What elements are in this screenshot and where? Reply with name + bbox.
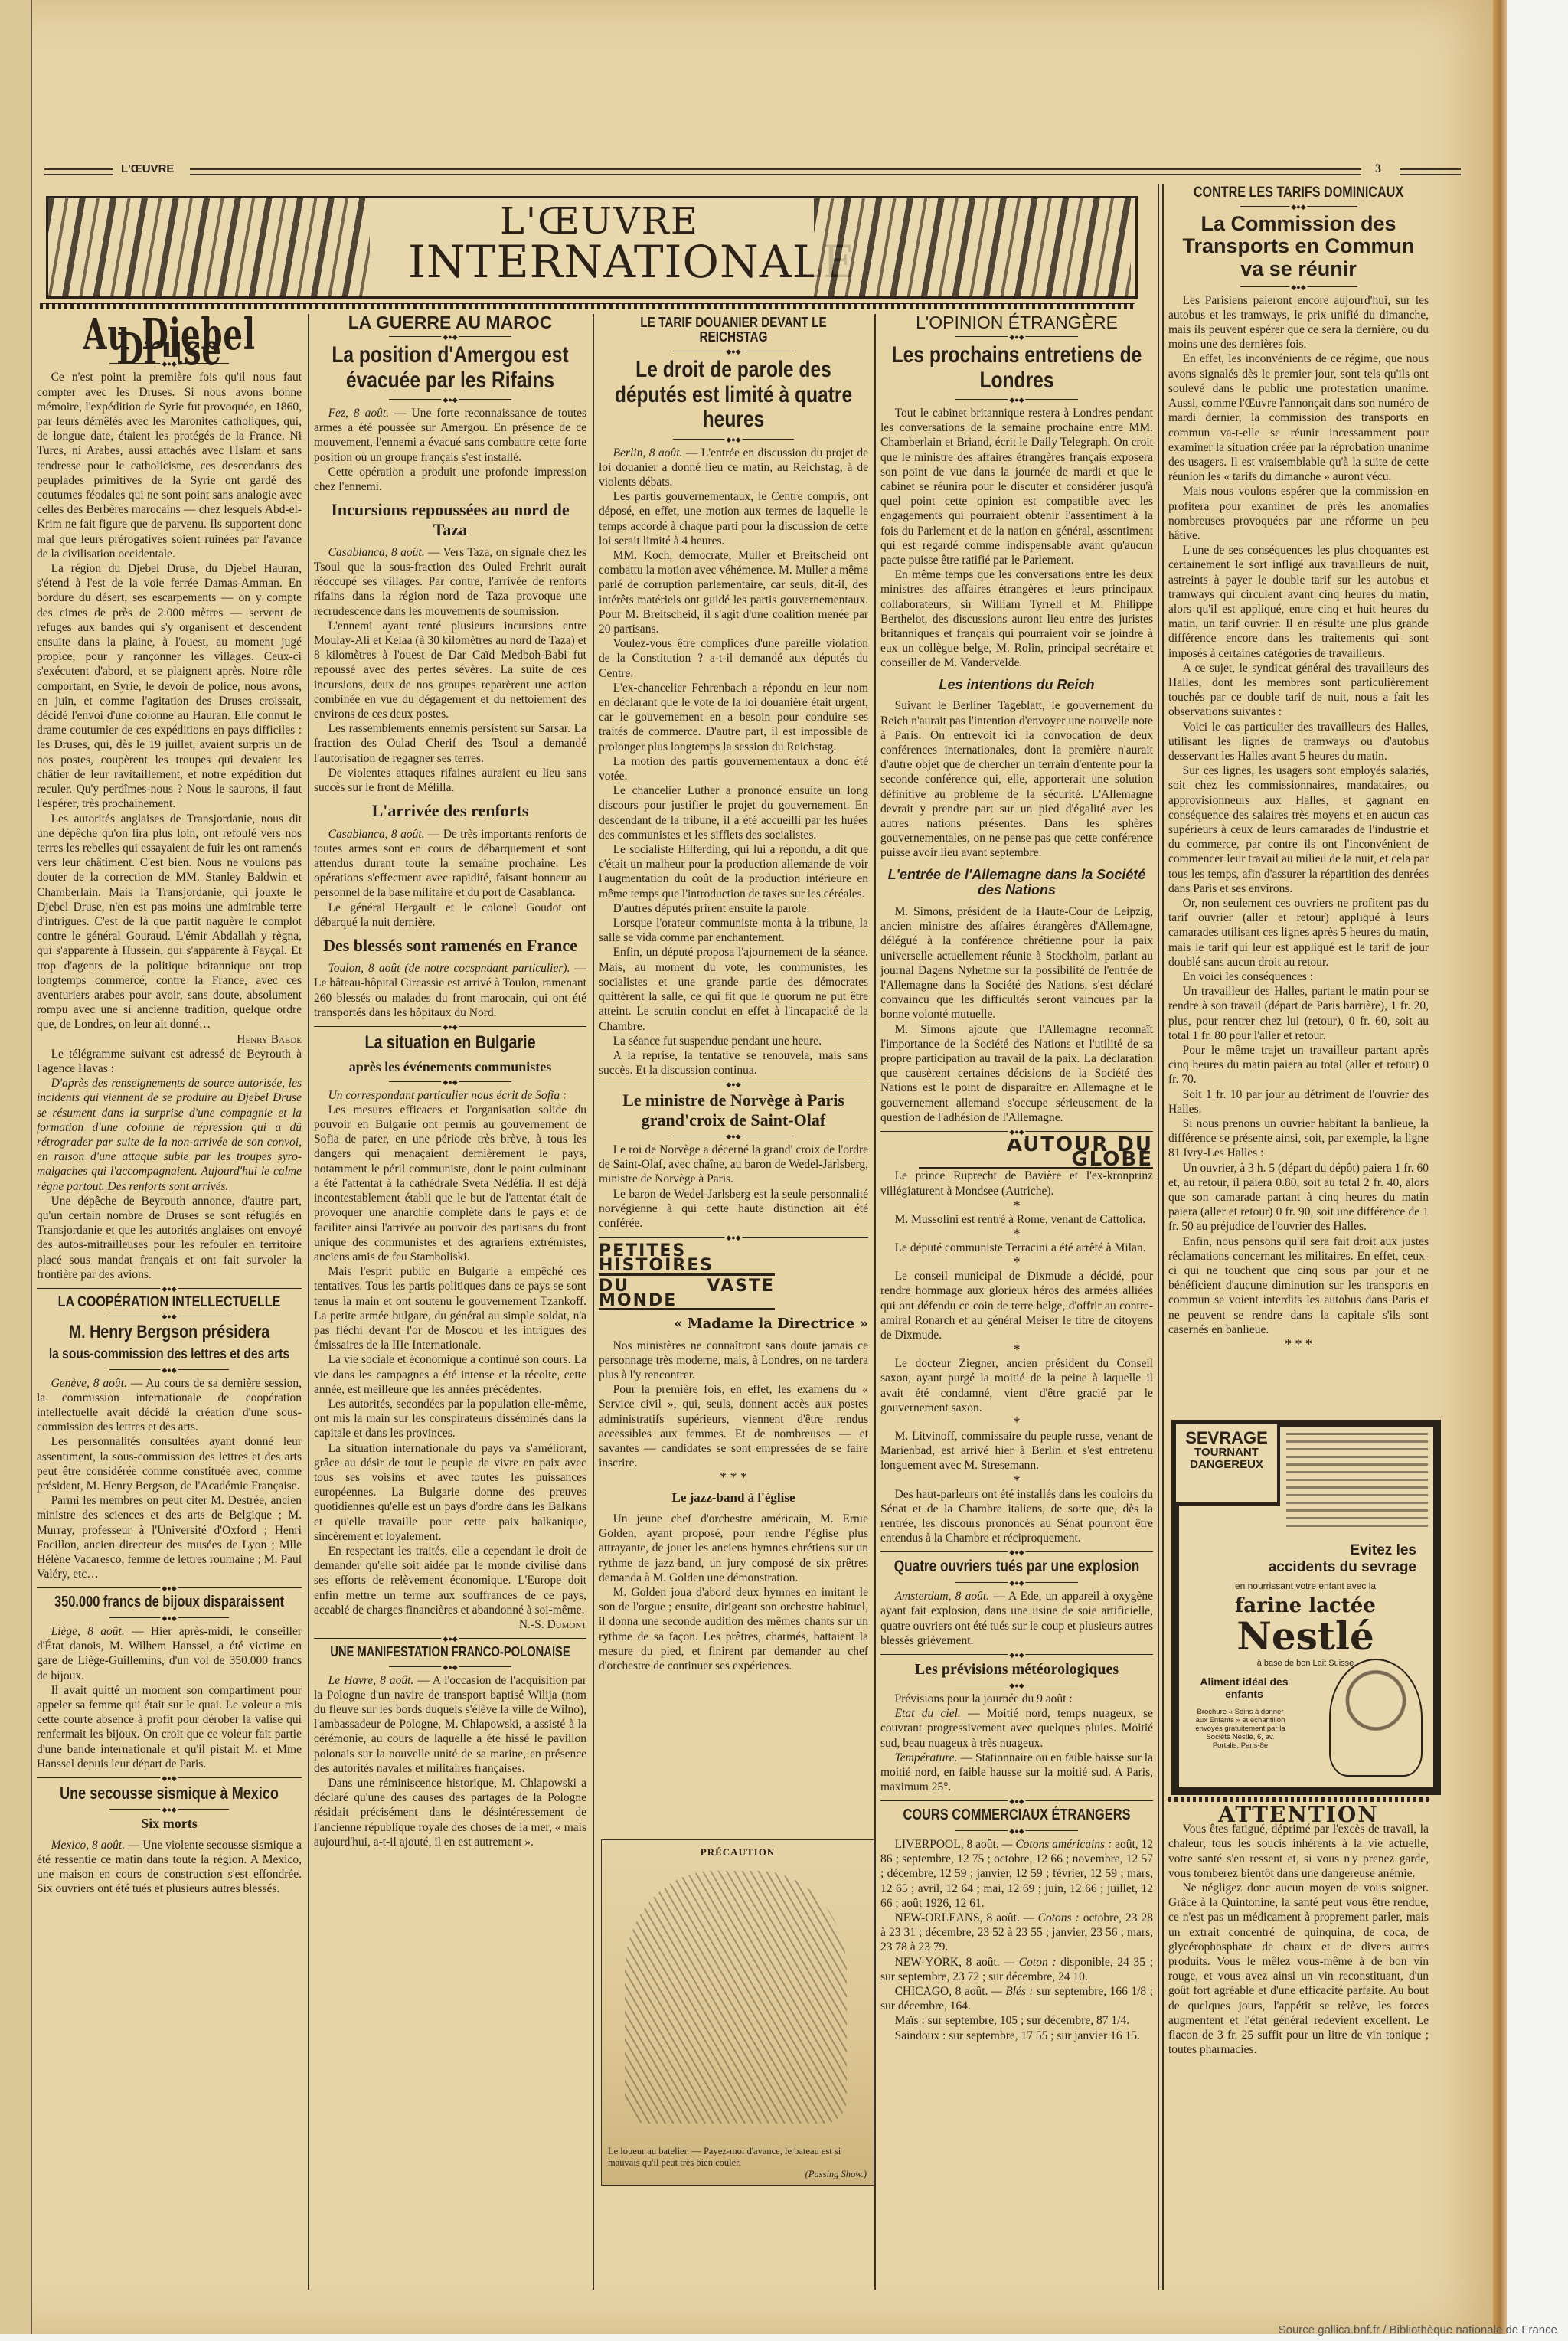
ornament (955, 1582, 1078, 1583)
globe-item: Des haut-parleurs ont été installés dans… (880, 1487, 1153, 1546)
article-paragraph: L'ennemi ayant tenté plusieurs incursion… (314, 619, 586, 721)
article-paragraph: Pour la première fois, en effet, les exa… (599, 1382, 868, 1470)
article-paragraph: Or, non seulement ces ouvriers ne profit… (1168, 896, 1429, 969)
subhead-sdn: L'entrée de l'Allemagne dans la Société … (880, 867, 1153, 898)
ornament (389, 1666, 511, 1667)
kicker-maroc: LA GUERRE AU MAROC (314, 316, 586, 330)
headline-londres: Les prochains entretiens de Londres (880, 343, 1154, 393)
globe-item: Le docteur Ziegner, ancien président du … (880, 1356, 1153, 1415)
cartoon-precaution: PRÉCAUTION Le loueur au batelier. — Paye… (601, 1839, 874, 2186)
cours-list: LIVERPOOL, 8 août. — Cotons américains :… (880, 1837, 1153, 2043)
cours-place: NEW-ORLEANS, 8 août. (895, 1911, 1020, 1924)
cours-label: — Cotons : (1024, 1911, 1080, 1924)
headline-cours: COURS COMMERCIAUX ÉTRANGERS (880, 1807, 1154, 1824)
ad-line: Aliment idéal des enfants (1194, 1676, 1294, 1700)
boatman-illustration (625, 1871, 847, 2124)
article-paragraph: L'ex-chancelier Fehrenbach a répondu en … (599, 681, 868, 754)
wavy-rule (1168, 1797, 1429, 1802)
headline-bergson-sub: la sous-commission des lettres et des ar… (35, 1347, 302, 1363)
ornament (37, 1587, 302, 1588)
sign-line3: DANGEREUX (1176, 1459, 1277, 1471)
article-paragraph: De violentes attaques rifaines auraient … (314, 766, 586, 795)
ad-brochure: Brochure « Soins à donner aux Enfants » … (1194, 1708, 1286, 1750)
subhead-renforts: L'arrivée des renforts (314, 801, 586, 820)
dateline: Toulon, 8 août (de notre cocspndant part… (328, 962, 570, 975)
article-paragraph: Le baron de Wedel-Jarlsberg est la seule… (599, 1187, 868, 1231)
article-paragraph: Le socialiste Hilferding, qui lui a répo… (599, 842, 868, 901)
article-paragraph: Suivant le Berliner Tageblatt, le gouver… (880, 698, 1153, 860)
cartoon-caption: Le loueur au batelier. — Payez-moi d'ava… (608, 2146, 841, 2168)
column-rule (1162, 184, 1164, 2290)
article-paragraph: M. Simons, président de la Haute-Cour de… (880, 904, 1153, 1022)
article-paragraph: MM. Koch, démocrate, Muller et Breitsche… (599, 548, 868, 636)
autour-du-globe-title: AUTOUR DU GLOBE (919, 1138, 1153, 1169)
cartoon-title: PRÉCAUTION (602, 1846, 874, 1859)
ornament (880, 1654, 1153, 1655)
cours-place: LIVERPOOL, 8 août. (895, 1838, 999, 1851)
article-paragraph: Sur ces lignes, les usagers sont employé… (1168, 763, 1429, 896)
cours-values: sur septembre, 17 55 ; sur janvier 16 15… (949, 2029, 1140, 2042)
section-stars: * * * (599, 1470, 868, 1484)
ornament (389, 399, 511, 400)
cours-values: sur septembre, 105 ; sur décembre, 87 1/… (928, 2014, 1129, 2027)
headline-amergou: La position d'Amergou est évacuée par le… (313, 343, 587, 393)
newspaper-page: L'ŒUVRE 3 L'ŒUVRE INTERNATIONALE Au Djeb… (0, 0, 1501, 2334)
globe-item: Le prince Ruprecht de Bavière et l'ex-kr… (880, 1169, 1153, 1198)
dateline: Genève, 8 août. (51, 1377, 127, 1390)
article-text: — A l'occasion de l'acquisition par la P… (314, 1674, 586, 1775)
ad-line: Evitez les (1194, 1542, 1416, 1559)
column-4: L'OPINION ÉTRANGÈRE Les prochains entret… (880, 314, 1153, 2043)
ornament (599, 1084, 868, 1084)
article-paragraph: M. Golden joua d'abord deux hymnes en im… (599, 1585, 868, 1673)
article-paragraph: Une dépêche de Beyrouth annonce, d'autre… (37, 1194, 302, 1282)
ornament (109, 1316, 229, 1316)
dateline: Berlin, 8 août. (613, 446, 683, 459)
ornament (673, 1136, 794, 1136)
nestle-advertisement: SEVRAGE TOURNANT DANGEREUX Evitez les ac… (1171, 1420, 1441, 1795)
dateline: Fez, 8 août. (328, 407, 389, 420)
ornament (109, 1809, 229, 1810)
cours-entry: NEW-YORK, 8 août. — Coton : disponible, … (880, 1955, 1153, 1984)
cours-entry: LIVERPOOL, 8 août. — Cotons américains :… (880, 1837, 1153, 1911)
byline: Un correspondant particulier nous écrit … (314, 1088, 586, 1103)
subhead-reich: Les intentions du Reich (880, 677, 1153, 693)
asterisk-separator: * (880, 1342, 1153, 1356)
article-paragraph: Tout le cabinet britannique restera à Lo… (880, 406, 1153, 567)
article-paragraph: Les autorités, secondées par la populati… (314, 1397, 586, 1441)
article-paragraph: Les partis gouvernementaux, le Centre co… (599, 489, 868, 548)
nestle-logo: Nestlé (1194, 1617, 1416, 1656)
ornament (109, 1617, 229, 1618)
ornament (389, 336, 511, 337)
flags-illustration-right (814, 198, 1131, 296)
article-paragraph: Le télégramme suivant est adressé de Bey… (37, 1047, 302, 1076)
article-paragraph: La situation internationale du pays va s… (314, 1441, 586, 1544)
article-paragraph: Les Parisiens paieront encore aujourd'hu… (1168, 293, 1429, 352)
vaste-monde-title: DU VASTE MONDE (599, 1279, 775, 1310)
ornament (955, 1830, 1078, 1831)
article-paragraph: Parmi les membres on peut citer M. Destr… (37, 1493, 302, 1581)
column-rule (593, 314, 594, 2290)
cours-entry: CHICAGO, 8 août. — Blés : sur septembre,… (880, 1984, 1153, 2013)
cours-entry: NEW-ORLEANS, 8 août. — Cotons : octobre,… (880, 1911, 1153, 1955)
dateline: Amsterdam, 8 août. (895, 1590, 989, 1603)
article-paragraph: Les autorités anglaises de Transjordanie… (37, 812, 302, 1032)
cours-label: — Blés : (991, 1985, 1034, 1998)
sign-line2: TOURNANT (1176, 1447, 1277, 1459)
ornament (880, 1131, 1153, 1132)
ornament (599, 1237, 868, 1238)
page-number: 3 (1375, 162, 1381, 176)
author-signature: N.-S. Dumont (314, 1617, 586, 1632)
article-paragraph: A la reprise, la tentative se renouvela,… (599, 1048, 868, 1077)
ornament (880, 1800, 1153, 1801)
section-stars: * * * (1168, 1337, 1429, 1351)
ad-line: accidents du sevrage (1194, 1559, 1416, 1576)
cours-label: — Cotons américains : (1002, 1838, 1112, 1851)
article-paragraph: Lorsque l'orateur communiste monta à la … (599, 916, 868, 945)
article-paragraph: Vous êtes fatigué, déprimé par l'excès d… (1168, 1822, 1429, 1881)
headline-commission: La Commission des Transports en Commun v… (1168, 213, 1429, 280)
article-paragraph: La motion des partis gouvernementaux a d… (599, 754, 868, 783)
article-paragraph: Un jeune chef d'orchestre américain, M. … (599, 1512, 868, 1585)
author-signature: Henry Babde (37, 1032, 302, 1047)
wavy-rule (40, 303, 1135, 309)
cours-entry: Maïs : sur septembre, 105 ; sur décembre… (880, 2013, 1153, 2028)
headline-bijoux: 350.000 francs de bijoux disparaissent (35, 1594, 302, 1611)
headline-bulgarie: La situation en Bulgarie (313, 1033, 587, 1053)
article-paragraph: L'une de ses conséquences les plus choqu… (1168, 543, 1429, 661)
headline-meteo: Les prévisions météorologiques (880, 1661, 1153, 1679)
jazz-title: Le jazz-band à l'église (599, 1490, 868, 1506)
headline-droit-parole: Le droit de parole des députés est limit… (598, 358, 869, 432)
asterisk-separator: * (880, 1415, 1153, 1429)
ornament (37, 1288, 302, 1289)
headline-bergson: M. Henry Bergson présidera (35, 1323, 302, 1342)
sign-line1: SEVRAGE (1176, 1429, 1277, 1447)
article-paragraph: La séance fut suspendue pendant une heur… (599, 1034, 868, 1048)
ornament (673, 351, 794, 351)
kicker-tarifs: CONTRE LES TARIFS DOMINICAUX (1188, 185, 1410, 200)
kicker-cooperation: LA COOPÉRATION INTELLECTUELLE (57, 1295, 282, 1309)
article-paragraph: Pour le même trajet un travailleur parta… (1168, 1043, 1429, 1087)
dateline: Casablanca, 8 août. (328, 828, 425, 841)
kicker-opinion: L'OPINION ÉTRANGÈRE (880, 316, 1153, 330)
headline-attention: ATTENTION (1168, 1807, 1429, 1822)
dateline: Liège, 8 août. (51, 1625, 125, 1638)
ornament (955, 399, 1078, 400)
dateline: Mexico, 8 août. (51, 1839, 125, 1852)
column-rule (308, 314, 309, 2290)
cours-place: CHICAGO, 8 août. (895, 1985, 988, 1998)
road-illustration (1286, 1427, 1428, 1527)
article-paragraph: Les personnalités consultées ayant donné… (37, 1434, 302, 1493)
ornament (314, 1026, 586, 1027)
flags-illustration-left (48, 198, 370, 296)
headline-djebel-druse: Au Djebel Druse (35, 328, 303, 357)
cartoon-credit: (Passing Show.) (608, 2169, 867, 2180)
asterisk-separator: * (880, 1255, 1153, 1269)
article-paragraph: Dans une réminiscence historique, M. Chl… (314, 1776, 586, 1849)
article-paragraph: Si nous prenons un ouvrier habitant la b… (1168, 1117, 1429, 1161)
ornament (109, 363, 229, 364)
ornament (955, 336, 1078, 337)
article-body: Les Parisiens paieront encore aujourd'hu… (1168, 293, 1429, 1337)
globe-item: Le député communiste Terracini a été arr… (880, 1241, 1153, 1255)
baby-illustration (1329, 1659, 1423, 1777)
banner-line2: INTERNATIONALE (408, 240, 791, 284)
column-2: LA GUERRE AU MAROC La position d'Amergou… (314, 314, 586, 1849)
article-paragraph: Le chancelier Luther a prononcé ensuite … (599, 783, 868, 842)
article-paragraph: Il avait quitté un moment son compartime… (37, 1683, 302, 1771)
article-paragraph: M. Simons ajoute que l'Allemagne reconna… (880, 1022, 1153, 1125)
story-title: « Madame la Directrice » (599, 1316, 868, 1332)
article-paragraph: Voulez-vous être complices d'une pareill… (599, 636, 868, 681)
running-head-title: L'ŒUVRE (121, 162, 174, 175)
cours-place: Maïs : (895, 2014, 925, 2027)
article-paragraph: En respectant les traités, elle a cepend… (314, 1544, 586, 1617)
cours-entry: Saindoux : sur septembre, 17 55 ; sur ja… (880, 2029, 1153, 2043)
ad-line: en nourrissant votre enfant avec la (1194, 1581, 1416, 1591)
ornament (1240, 206, 1357, 207)
ornament (389, 1081, 511, 1082)
headline-explosion: Quatre ouvriers tués par une explosion (880, 1558, 1154, 1576)
source-credit: Source gallica.bnf.fr / Bibliothèque nat… (1279, 2323, 1557, 2336)
dateline: Le Havre, 8 août. (328, 1674, 414, 1687)
sevrage-sign: SEVRAGE TOURNANT DANGEREUX (1173, 1421, 1280, 1506)
previous-page-edge (0, 0, 32, 2334)
ornament (673, 439, 794, 440)
article-paragraph: Soit 1 fr. 10 par jour au détriment de l… (1168, 1087, 1429, 1117)
headline-franco-polonaise: UNE MANIFESTATION FRANCO-POLONAISE (313, 1645, 587, 1659)
column-rule (1158, 184, 1159, 2290)
subhead-bulgarie: après les événements communistes (314, 1059, 586, 1075)
dateline: Casablanca, 8 août. (328, 546, 425, 559)
cours-place: NEW-YORK, 8 août. (895, 1956, 1000, 1969)
asterisk-separator: * (880, 1198, 1153, 1212)
article-paragraph: Ce n'est point la première fois qu'il no… (37, 370, 302, 561)
ornament (1240, 286, 1357, 287)
article-paragraph: La vie sociale et économique a continué … (314, 1352, 586, 1397)
article-paragraph: Cette opération a produit une profonde i… (314, 465, 586, 494)
article-paragraph: Le roi de Norvège a décerné la grand' cr… (599, 1143, 868, 1187)
ornament (955, 1685, 1078, 1685)
ornament (37, 1777, 302, 1778)
article-paragraph: D'autres députés prirent ensuite la paro… (599, 901, 868, 916)
globe-item: Le conseil municipal de Dixmude a décidé… (880, 1269, 1153, 1342)
running-head: L'ŒUVRE 3 (44, 162, 1423, 178)
meteo-label: Température. (895, 1751, 958, 1764)
article-paragraph: Le général Hergault et le colonel Goudot… (314, 901, 586, 930)
column-3: LE TARIF DOUANIER DEVANT LE REICHSTAG Le… (599, 314, 868, 1673)
column-5: CONTRE LES TARIFS DOMINICAUX La Commissi… (1168, 184, 1429, 1351)
article-paragraph: En effet, les inconvénients de ce régime… (1168, 351, 1429, 484)
ornament (109, 1369, 229, 1370)
column-1: Au Djebel Druse Ce n'est point la premiè… (37, 317, 302, 1896)
banner-line1: L'ŒUVRE (408, 203, 791, 240)
ornament (880, 1551, 1153, 1552)
article-paragraph: Enfin, nous pensons qu'il sera fait droi… (1168, 1234, 1429, 1337)
article-paragraph: A ce sujet, le syndicat général des trav… (1168, 661, 1429, 720)
subhead-blesses: Des blessés sont ramenés en France (314, 936, 586, 955)
article-paragraph: Un ouvrier, à 3 h. 5 (départ du dépôt) p… (1168, 1161, 1429, 1234)
banner-title: L'ŒUVRE INTERNATIONALE (408, 203, 791, 284)
article-paragraph: Les mesures efficaces et l'organisation … (314, 1103, 586, 1264)
meteo-label: Etat du ciel. (895, 1707, 961, 1720)
kicker-reichstag: LE TARIF DOUANIER DEVANT LE REICHSTAG (619, 316, 848, 345)
article-paragraph: Les rassemblements ennemis persistent su… (314, 721, 586, 766)
subhead-six-morts: Six morts (37, 1816, 302, 1832)
headline-mexico: Une secousse sismique à Mexico (35, 1784, 302, 1803)
globe-item: M. Litvinoff, commissaire du peuple russ… (880, 1429, 1153, 1473)
meteo-intro: Prévisions pour la journée du 9 août : (880, 1692, 1153, 1706)
section-banner: L'ŒUVRE INTERNATIONALE (46, 196, 1138, 299)
article-paragraph: Nos ministères ne connaîtront sans doute… (599, 1339, 868, 1383)
paper-edge (1493, 0, 1507, 2334)
cours-label: — Coton : (1004, 1956, 1056, 1969)
globe-item: M. Mussolini est rentré à Rome, venant d… (880, 1212, 1153, 1227)
article-paragraph: Un travailleur des Halles, partant le ma… (1168, 984, 1429, 1043)
subhead-taza: Incursions repoussées au nord de Taza (314, 500, 586, 539)
headline-norvege: Le ministre de Norvège à Paris grand'cro… (599, 1090, 868, 1130)
cours-place: Saindoux : (895, 2029, 946, 2042)
article-paragraph: Enfin, un député proposa l'ajournement d… (599, 945, 868, 1033)
petites-histoires-title: PETITES HISTOIRES (599, 1244, 775, 1275)
ornament (314, 1638, 586, 1639)
attention-column: ATTENTION Vous êtes fatigué, déprimé par… (1168, 1807, 1429, 2057)
asterisk-separator: * (880, 1473, 1153, 1487)
article-paragraph: En même temps que les conversations entr… (880, 567, 1153, 670)
article-paragraph: Mais l'esprit public en Bulgarie a empêc… (314, 1264, 586, 1352)
telegram-quote: D'après des renseignements de source aut… (37, 1076, 302, 1194)
article-paragraph: Ne négligez donc aucun moyen de vous soi… (1168, 1881, 1429, 2057)
asterisk-separator: * (880, 1227, 1153, 1241)
article-paragraph: En voici les conséquences : (1168, 969, 1429, 984)
article-paragraph: Voici le cas particulier des travailleur… (1168, 720, 1429, 764)
article-paragraph: La région du Djebel Druse, du Djebel Hau… (37, 561, 302, 811)
column-rule (874, 314, 876, 2290)
article-paragraph: Mais nous voulons espérer que la commiss… (1168, 484, 1429, 543)
